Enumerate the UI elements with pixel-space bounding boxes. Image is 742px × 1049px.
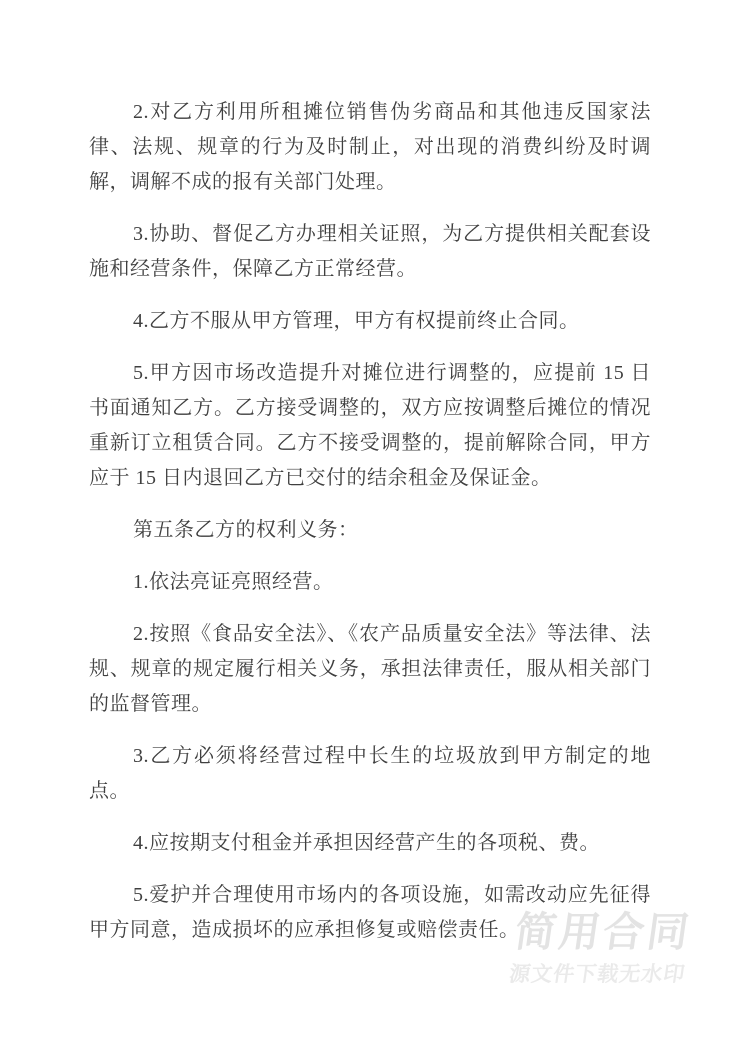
clause-paragraph: 4.乙方不服从甲方管理，甲方有权提前终止合同。 bbox=[89, 304, 651, 339]
clause-heading: 第五条乙方的权利义务： bbox=[89, 513, 651, 548]
clause-paragraph: 2.对乙方利用所租摊位销售伪劣商品和其他违反国家法律、法规、规章的行为及时制止，… bbox=[89, 95, 651, 200]
document-body: 2.对乙方利用所租摊位销售伪劣商品和其他违反国家法律、法规、规章的行为及时制止，… bbox=[0, 0, 742, 965]
clause-paragraph: 3.协助、督促乙方办理相关证照，为乙方提供相关配套设施和经营条件，保障乙方正常经… bbox=[89, 217, 651, 287]
watermark-subtitle: 源文件下载无水印 bbox=[507, 962, 687, 988]
contract-page: 2.对乙方利用所租摊位销售伪劣商品和其他违反国家法律、法规、规章的行为及时制止，… bbox=[0, 0, 742, 1049]
clause-paragraph: 2.按照《食品安全法》、《农产品质量安全法》等法律、法规、规章的规定履行相关义务… bbox=[89, 617, 651, 722]
clause-paragraph: 5.爱护并合理使用市场内的各项设施，如需改动应先征得甲方同意，造成损坏的应承担修… bbox=[89, 878, 651, 948]
clause-paragraph: 3.乙方必须将经营过程中长生的垃圾放到甲方制定的地点。 bbox=[89, 739, 651, 809]
clause-paragraph: 5.甲方因市场改造提升对摊位进行调整的，应提前 15 日书面通知乙方。乙方接受调… bbox=[89, 356, 651, 496]
clause-paragraph: 1.依法亮证亮照经营。 bbox=[89, 565, 651, 600]
clause-paragraph: 4.应按期支付租金并承担因经营产生的各项税、费。 bbox=[89, 826, 651, 861]
